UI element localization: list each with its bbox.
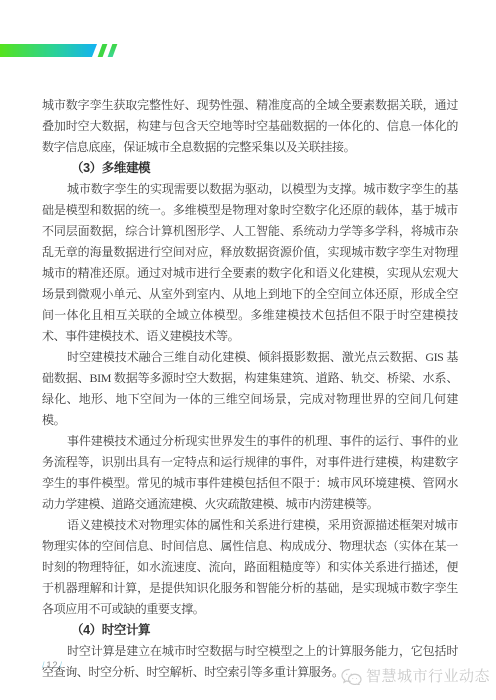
page-number-slash-left: / — [42, 660, 46, 670]
section-heading-multidimensional-modeling: （3）多维建模 — [42, 158, 458, 179]
paragraph-semantic-modeling-tech: 语义建模技术对物理实体的属性和关系进行建模，采用资源描述框架对城市物理实体的空间… — [42, 515, 458, 620]
paragraph-data-foundation: 城市数字孪生获取完整性好、现势性强、精准度高的全域全要素数据关联，通过叠加时空大… — [42, 95, 458, 158]
header-gradient-bar — [0, 44, 97, 57]
page-number: /12/ — [42, 659, 63, 671]
paragraph-multidimensional-modeling: 城市数字孪生的实现需要以数据为驱动，以模型为支撑。城市数字孪生的基础是模型和数据… — [42, 179, 458, 347]
page-number-slash-right: / — [60, 660, 64, 670]
watermark: 智慧城市行业动态 — [341, 667, 490, 686]
section-heading-spatiotemporal-computing: （4）时空计算 — [42, 620, 458, 641]
paragraph-event-modeling-tech: 事件建模技术通过分析现实世界发生的事件的机理、事件的运行、事件的业务流程等，识别… — [42, 431, 458, 515]
slash-icon — [98, 44, 108, 57]
wechat-icon — [341, 668, 362, 685]
slash-icon — [108, 44, 118, 57]
page-content: 城市数字孪生获取完整性好、现势性强、精准度高的全域全要素数据关联，通过叠加时空大… — [42, 95, 458, 683]
watermark-text: 智慧城市行业动态 — [366, 667, 490, 686]
paragraph-spatiotemporal-modeling-tech: 时空建模技术融合三维自动化建模、倾斜摄影数据、激光点云数据、GIS 基础数据、B… — [42, 347, 458, 431]
document-page: 城市数字孪生获取完整性好、现势性强、精准度高的全域全要素数据关联，通过叠加时空大… — [0, 0, 496, 700]
page-number-value: 12 — [47, 660, 59, 670]
